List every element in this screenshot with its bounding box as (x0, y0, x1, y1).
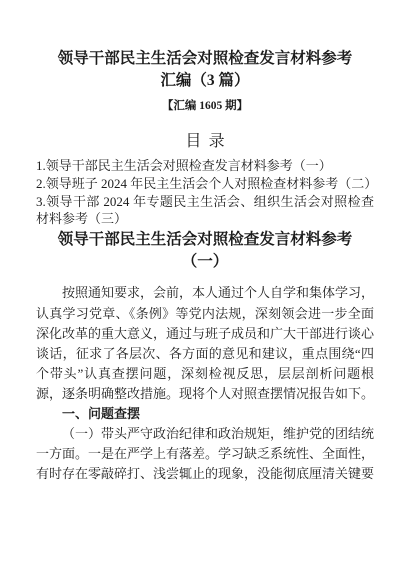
section-body: 按照通知要求，会前，本人通过个人自学和集体学习，认真学习党章、《条例》等党内法规… (36, 283, 374, 483)
intro-paragraph: 按照通知要求，会前，本人通过个人自学和集体学习，认真学习党章、《条例》等党内法规… (36, 283, 374, 403)
toc-list: 1.领导干部民主生活会对照检查发言材料参考（一） 2.领导班子 2024 年民主… (36, 157, 374, 228)
document-title: 领导干部民主生活会对照检查发言材料参考汇编（3 篇） (56, 48, 354, 93)
toc-item-3: 3.领导干部 2024 年专题民主生活会、组织生活会对照检查材料参考（三） (36, 193, 374, 228)
toc-item-2: 2.领导班子 2024 年民主生活会个人对照检查材料参考（二） (36, 175, 374, 193)
document-page: 领导干部民主生活会对照检查发言材料参考汇编（3 篇） 【汇编 1605 期】 目… (0, 0, 410, 580)
toc-heading: 目录 (36, 131, 374, 153)
paragraph-1: （一）带头严守政治纪律和政治规矩，维护党的团结统一方面。一是在严学上有落差。学习… (36, 424, 374, 484)
subheading-problem-review: 一、问题查摆 (36, 404, 374, 424)
issue-label: 【汇编 1605 期】 (36, 98, 374, 114)
toc-item-1: 1.领导干部民主生活会对照检查发言材料参考（一） (36, 157, 374, 175)
section-title: 领导干部民主生活会对照检查发言材料参考（一） (56, 229, 354, 272)
